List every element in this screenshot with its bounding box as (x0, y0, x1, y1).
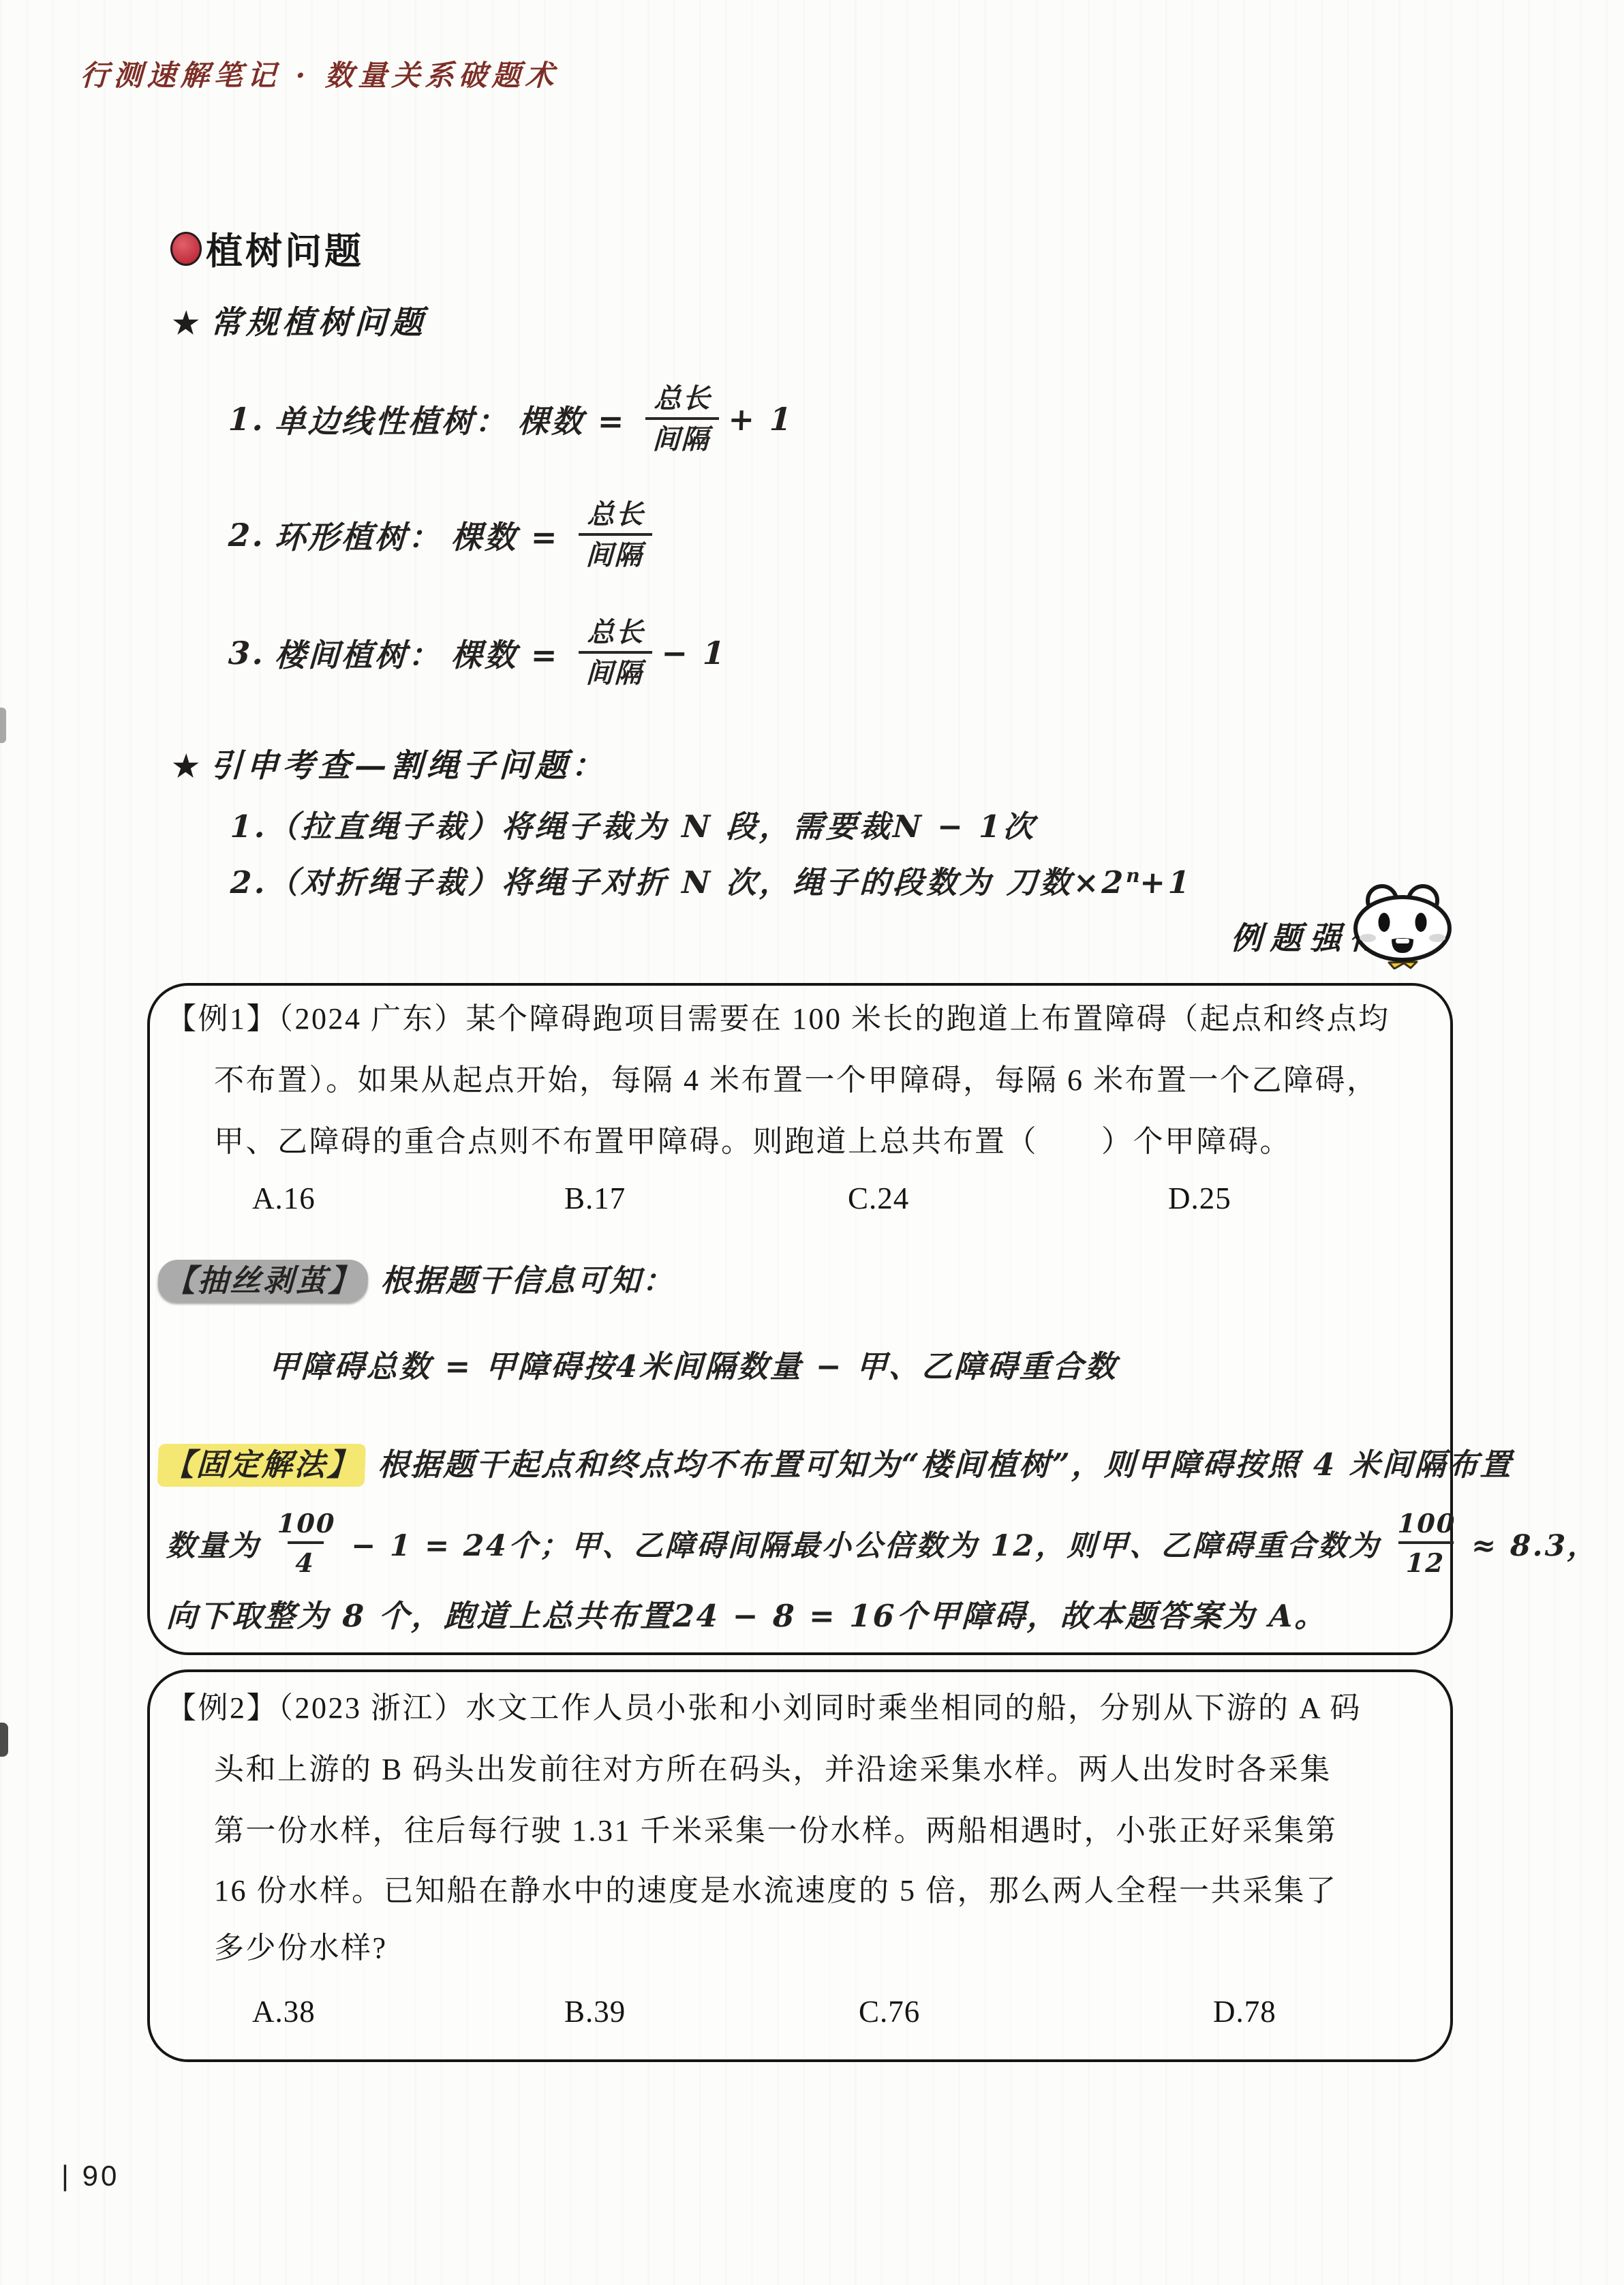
option-c: C.24 (848, 1181, 909, 1216)
heading-regular-planting: ★常规植树问题 (172, 297, 428, 343)
header-note: 行测速解笔记 · 数量关系破题术 (80, 53, 560, 94)
fraction-100-4: 100 4 (269, 1509, 343, 1577)
option-d: D.25 (1168, 1181, 1231, 1216)
formula-index: 1. (228, 401, 266, 438)
formula-label: 楼间植树： (274, 631, 442, 676)
analysis-line: 【抽丝剥茧】 根据题干信息可知： (157, 1256, 676, 1300)
example-2-line: 16 份水样。已知船在静水中的速度是水流速度的 5 倍，那么两人全程一共采集了 (214, 1868, 1338, 1913)
solution-intro: 根据题干起点和终点均不布置可知为“楼间植树”，则甲障碍按照 4 米间隔布置 (378, 1447, 1514, 1483)
formula-index: 3. (228, 635, 266, 671)
formula-suffix: − 1 (661, 635, 727, 671)
notebook-page: 行测速解笔记 · 数量关系破题术 植树问题 ★常规植树问题 1. 单边线性植树：… (0, 0, 1624, 2285)
solution-line-1: 【固定解法】 根据题干起点和终点均不布置可知为“楼间植树”，则甲障碍按照 4 米… (157, 1440, 1514, 1484)
formula-lhs: 棵数 = (450, 513, 560, 558)
example-1-line: 甲、乙障碍的重合点则不布置甲障碍。则跑道上总共布置（ ）个甲障碍。 (214, 1119, 1291, 1164)
fraction: 总长 间隔 (577, 499, 654, 571)
fraction-100-12: 100 12 (1389, 1509, 1463, 1577)
formula-linear-planting: 1. 单边线性植树： 棵数 = 总长 间隔 + 1 (227, 383, 795, 455)
example-2-box: 【例2】（2023 浙江）水文工作人员小张和小刘同时乘坐相同的船，分别从下游的 … (147, 1669, 1453, 2062)
example-2-line: 第一份水样，往后每行驶 1.31 千米采集一份水样。两船相遇时，小张正好采集第 (214, 1809, 1338, 1853)
example-2-line: 头和上游的 B 码头出发前往对方所在码头，并沿途采集水样。两人出发时各采集 (214, 1747, 1332, 1792)
scan-smudge (0, 1723, 8, 1757)
option-a: A.16 (252, 1181, 316, 1216)
example-2-line: 多少份水样? (214, 1926, 388, 1971)
scan-smudge (0, 708, 6, 743)
example-1-line: 【例1】（2024 广东）某个障碍跑项目需要在 100 米长的跑道上布置障碍（起… (166, 997, 1390, 1042)
option-b: B.17 (564, 1181, 626, 1216)
formula-suffix: + 1 (728, 401, 794, 438)
star-icon: ★ (172, 306, 204, 341)
formula-lhs: 棵数 = (517, 397, 627, 442)
frog-mascot-icon (1351, 879, 1454, 969)
red-dot-icon (170, 232, 202, 266)
heading-rope-cutting: ★引申考查—割绳子问题： (172, 740, 609, 786)
formula-index: 2. (228, 517, 266, 554)
rope-item-straight-cut: 1.（拉直绳子裁）将绳子裁为 N 段，需要裁N − 1次 (230, 802, 1037, 846)
page-number: | 90 (61, 2160, 119, 2192)
rope-item-fold-cut: 2.（对折绳子裁）将绳子对折 N 次，绳子的段数为 刀数×2n+1 (230, 858, 1193, 902)
analysis-intro: 根据题干信息可知： (380, 1262, 676, 1299)
option-a: A.38 (252, 1994, 316, 2029)
formula-circular-planting: 2. 环形植树： 棵数 = 总长 间隔 (227, 499, 662, 571)
star-icon: ★ (172, 749, 204, 784)
solution-line-2: 数量为 100 4 − 1 = 24个；甲、乙障碍间隔最小公倍数为 12，则甲、… (164, 1489, 1601, 1598)
section-title-text: 植树问题 (206, 222, 364, 275)
example-2-line: 【例2】（2023 浙江）水文工作人员小张和小刘同时乘坐相同的船，分别从下游的 … (166, 1686, 1362, 1731)
option-d: D.78 (1213, 1994, 1276, 2029)
analysis-formula: 甲障碍总数 = 甲障碍按4米间隔数量 − 甲、乙障碍重合数 (268, 1342, 1119, 1386)
section-title: 植树问题 (170, 222, 364, 275)
fraction: 总长 间隔 (577, 617, 654, 689)
exponent-n: n (1126, 864, 1140, 887)
solution-tag: 【固定解法】 (157, 1444, 366, 1487)
example-1-box: 【例1】（2024 广东）某个障碍跑项目需要在 100 米长的跑道上布置障碍（起… (147, 983, 1453, 1655)
formula-between-buildings-planting: 3. 楼间植树： 棵数 = 总长 间隔 − 1 (227, 617, 728, 689)
formula-label: 单边线性植树： (274, 397, 509, 442)
solution-line-3: 向下取整为 8 个，跑道上总共布置24 − 8 = 16个甲障碍，故本题答案为 … (166, 1591, 1328, 1635)
option-c: C.76 (859, 1994, 920, 2029)
formula-label: 环形植树： (274, 513, 442, 558)
fraction: 总长 间隔 (644, 383, 720, 455)
formula-lhs: 棵数 = (450, 631, 560, 676)
example-1-line: 不布置）。如果从起点开始，每隔 4 米布置一个甲障碍，每隔 6 米布置一个乙障碍… (214, 1058, 1379, 1103)
option-b: B.39 (564, 1994, 626, 2029)
analysis-tag: 【抽丝剥茧】 (157, 1260, 369, 1303)
